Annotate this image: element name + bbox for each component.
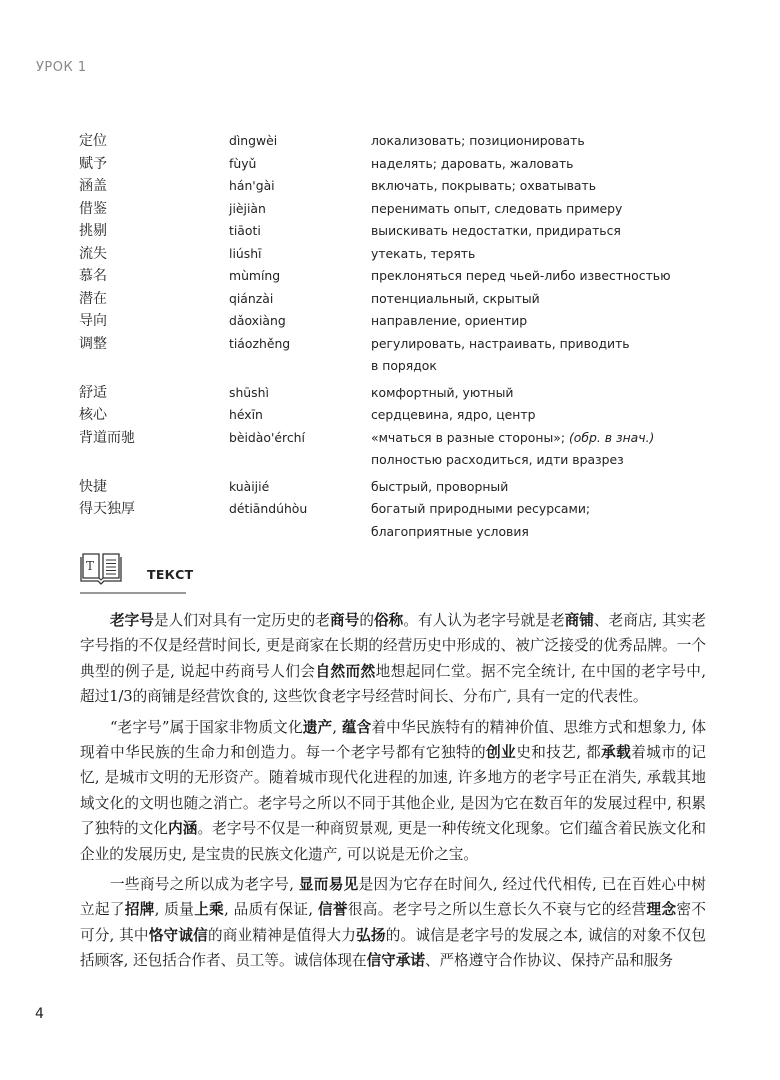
key-term: 俗称: [374, 612, 403, 629]
key-term: 遗产: [303, 719, 333, 736]
running-head: УРОК 1: [36, 60, 87, 75]
vocab-hanzi: 潜在: [79, 288, 229, 311]
text-run: 是人们对具有一定历史的老: [154, 612, 330, 629]
vocab-pinyin: kuàijié: [229, 476, 371, 499]
vocab-translation: утекать, терять: [371, 243, 719, 266]
text-run: 的商业精神是值得大力: [208, 927, 356, 944]
vocab-entry: 核心héxīnсердцевина, ядро, центр: [79, 404, 719, 427]
vocab-pinyin: jièjiàn: [229, 198, 371, 221]
vocab-pinyin: héxīn: [229, 404, 371, 427]
vocab-translation: быстрый, проворный: [371, 476, 719, 499]
key-term: 内涵: [168, 820, 197, 837]
section-header: T ТЕКСТ: [80, 551, 193, 595]
text-run: 很高。老字号之所以生意长久不衰与它的经营: [348, 901, 647, 918]
vocab-entry: 挑剔tiāotiвыискивать недостатки, придирать…: [79, 220, 719, 243]
vocab-translation: богатый природными ресурсами;благоприятн…: [371, 498, 719, 543]
vocab-hanzi: 赋予: [79, 153, 229, 176]
vocab-hanzi: 快捷: [79, 476, 229, 499]
key-term: 商铺: [565, 612, 594, 629]
page-number: 4: [35, 1006, 44, 1022]
key-term: 承载: [601, 744, 631, 761]
vocab-entry: 导向dǎoxiàngнаправление, ориентир: [79, 310, 719, 333]
vocab-entry: 调整tiáozhěngрегулировать, настраивать, пр…: [79, 333, 719, 378]
svg-text:T: T: [86, 559, 94, 573]
key-term: 创业: [486, 744, 516, 761]
translation-text: локализовать; позиционировать: [371, 133, 585, 148]
vocab-pinyin: dìngwèi: [229, 130, 371, 153]
key-term: 弘扬: [356, 927, 386, 944]
key-term: 信誉: [318, 901, 348, 918]
vocab-pinyin: tiáozhěng: [229, 333, 371, 378]
vocab-pinyin: bèidào'érchí: [229, 427, 371, 472]
vocab-pinyin: dǎoxiàng: [229, 310, 371, 333]
translation-continuation: полностью расходиться, идти вразрез: [371, 452, 624, 467]
vocab-translation: локализовать; позиционировать: [371, 130, 719, 153]
vocab-translation: включать, покрывать; охватывать: [371, 175, 719, 198]
key-term: 蕴含: [342, 719, 372, 736]
vocab-entry: 快捷kuàijiéбыстрый, проворный: [79, 476, 719, 499]
key-term: 老字号: [110, 612, 154, 629]
translation-text: наделять; даровать, жаловать: [371, 156, 573, 171]
vocab-entry: 舒适shūshìкомфортный, уютный: [79, 382, 719, 405]
vocab-pinyin: shūshì: [229, 382, 371, 405]
paragraph-1: 老字号是人们对具有一定历史的老商号的俗称。有人认为老字号就是老商铺、老商店, 其…: [80, 608, 706, 710]
vocab-hanzi: 借鉴: [79, 198, 229, 221]
vocab-translation: направление, ориентир: [371, 310, 719, 333]
vocab-translation: перенимать опыт, следовать примеру: [371, 198, 719, 221]
vocab-entry: 借鉴jièjiànперенимать опыт, следовать прим…: [79, 198, 719, 221]
translation-text: регулировать, настраивать, приводить: [371, 336, 630, 351]
key-term: 信守承诺: [367, 952, 425, 969]
open-book-icon: T: [80, 551, 122, 585]
vocab-hanzi: 得天独厚: [79, 498, 229, 543]
vocab-entry: 定位dìngwèiлокализовать; позиционировать: [79, 130, 719, 153]
key-term: 招牌: [125, 901, 155, 918]
vocab-pinyin: fùyǔ: [229, 153, 371, 176]
text-run: 史和技艺, 都: [516, 744, 601, 761]
key-term: 理念: [647, 901, 677, 918]
text-run: 的: [359, 612, 374, 629]
translation-text: направление, ориентир: [371, 313, 527, 328]
paragraph-3: 一些商号之所以成为老字号, 显而易见是因为它存在时间久, 经过代代相传, 已在百…: [80, 872, 706, 974]
vocab-hanzi: 调整: [79, 333, 229, 378]
vocab-pinyin: hán'gài: [229, 175, 371, 198]
vocab-hanzi: 舒适: [79, 382, 229, 405]
key-term: 上乘: [194, 901, 224, 918]
vocab-hanzi: 定位: [79, 130, 229, 153]
vocab-translation: выискивать недостатки, придираться: [371, 220, 719, 243]
vocabulary-list: 定位dìngwèiлокализовать; позиционировать赋予…: [79, 130, 719, 543]
vocab-hanzi: 导向: [79, 310, 229, 333]
vocab-entry: 得天独厚détiāndúhòuбогатый природными ресурс…: [79, 498, 719, 543]
vocab-pinyin: tiāoti: [229, 220, 371, 243]
translation-text: потенциальный, скрытый: [371, 291, 540, 306]
translation-continuation: благоприятные условия: [371, 524, 529, 539]
section-title: ТЕКСТ: [147, 567, 193, 582]
key-term: 自然而然: [315, 663, 375, 680]
section-divider: [80, 592, 186, 594]
vocab-hanzi: 核心: [79, 404, 229, 427]
translation-text: быстрый, проворный: [371, 479, 508, 494]
translation-text: «мчаться в разные стороны»;: [371, 430, 569, 445]
text-run: 。有人认为老字号就是老: [403, 612, 564, 629]
vocab-pinyin: détiāndúhòu: [229, 498, 371, 543]
vocab-hanzi: 涵盖: [79, 175, 229, 198]
vocab-translation: «мчаться в разные стороны»; (обр. в знач…: [371, 427, 719, 472]
vocab-entry: 慕名mùmíngпреклоняться перед чьей-либо изв…: [79, 265, 719, 288]
translation-text: сердцевина, ядро, центр: [371, 407, 535, 422]
key-term: 显而易见: [299, 876, 359, 893]
vocab-entry: 涵盖hán'gàiвключать, покрывать; охватывать: [79, 175, 719, 198]
vocab-hanzi: 挑剔: [79, 220, 229, 243]
vocab-translation: наделять; даровать, жаловать: [371, 153, 719, 176]
vocab-translation: сердцевина, ядро, центр: [371, 404, 719, 427]
translation-text: перенимать опыт, следовать примеру: [371, 201, 622, 216]
vocab-hanzi: 背道而驰: [79, 427, 229, 472]
reading-text: 老字号是人们对具有一定历史的老商号的俗称。有人认为老字号就是老商铺、老商店, 其…: [80, 608, 706, 979]
translation-text: преклоняться перед чьей-либо известность…: [371, 268, 671, 283]
key-term: 商号: [330, 612, 359, 629]
translation-text: комфортный, уютный: [371, 385, 513, 400]
vocab-pinyin: liúshī: [229, 243, 371, 266]
vocab-entry: 背道而驰bèidào'érchí«мчаться в разные сторон…: [79, 427, 719, 472]
translation-text: выискивать недостатки, придираться: [371, 223, 621, 238]
vocab-hanzi: 流失: [79, 243, 229, 266]
text-run: “老字号”属于国家非物质文化: [110, 719, 303, 736]
text-run: 、严格遵守合作协议、保持产品和服务: [425, 952, 673, 969]
translation-text: богатый природными ресурсами;: [371, 501, 590, 516]
vocab-translation: комфортный, уютный: [371, 382, 719, 405]
paragraph-2: “老字号”属于国家非物质文化遗产, 蕴含着中华民族特有的精神价值、思维方式和想象…: [80, 715, 706, 867]
vocab-pinyin: qiánzài: [229, 288, 371, 311]
text-run: ,: [332, 719, 341, 736]
text-run: 一些商号之所以成为老字号,: [110, 876, 299, 893]
text-run: , 质量: [155, 901, 195, 918]
vocab-translation: преклоняться перед чьей-либо известность…: [371, 265, 719, 288]
vocab-entry: 潜在qiánzàiпотенциальный, скрытый: [79, 288, 719, 311]
vocab-hanzi: 慕名: [79, 265, 229, 288]
vocab-translation: потенциальный, скрытый: [371, 288, 719, 311]
translation-text: утекать, терять: [371, 246, 475, 261]
text-run: , 品质有保证,: [224, 901, 318, 918]
vocab-entry: 流失liúshīутекать, терять: [79, 243, 719, 266]
key-term: 恪守诚信: [149, 927, 208, 944]
translation-continuation: в порядок: [371, 358, 437, 373]
translation-text: включать, покрывать; охватывать: [371, 178, 596, 193]
vocab-entry: 赋予fùyǔнаделять; даровать, жаловать: [79, 153, 719, 176]
vocab-pinyin: mùmíng: [229, 265, 371, 288]
translation-note: (обр. в знач.): [569, 430, 654, 445]
vocab-translation: регулировать, настраивать, приводитьв по…: [371, 333, 719, 378]
